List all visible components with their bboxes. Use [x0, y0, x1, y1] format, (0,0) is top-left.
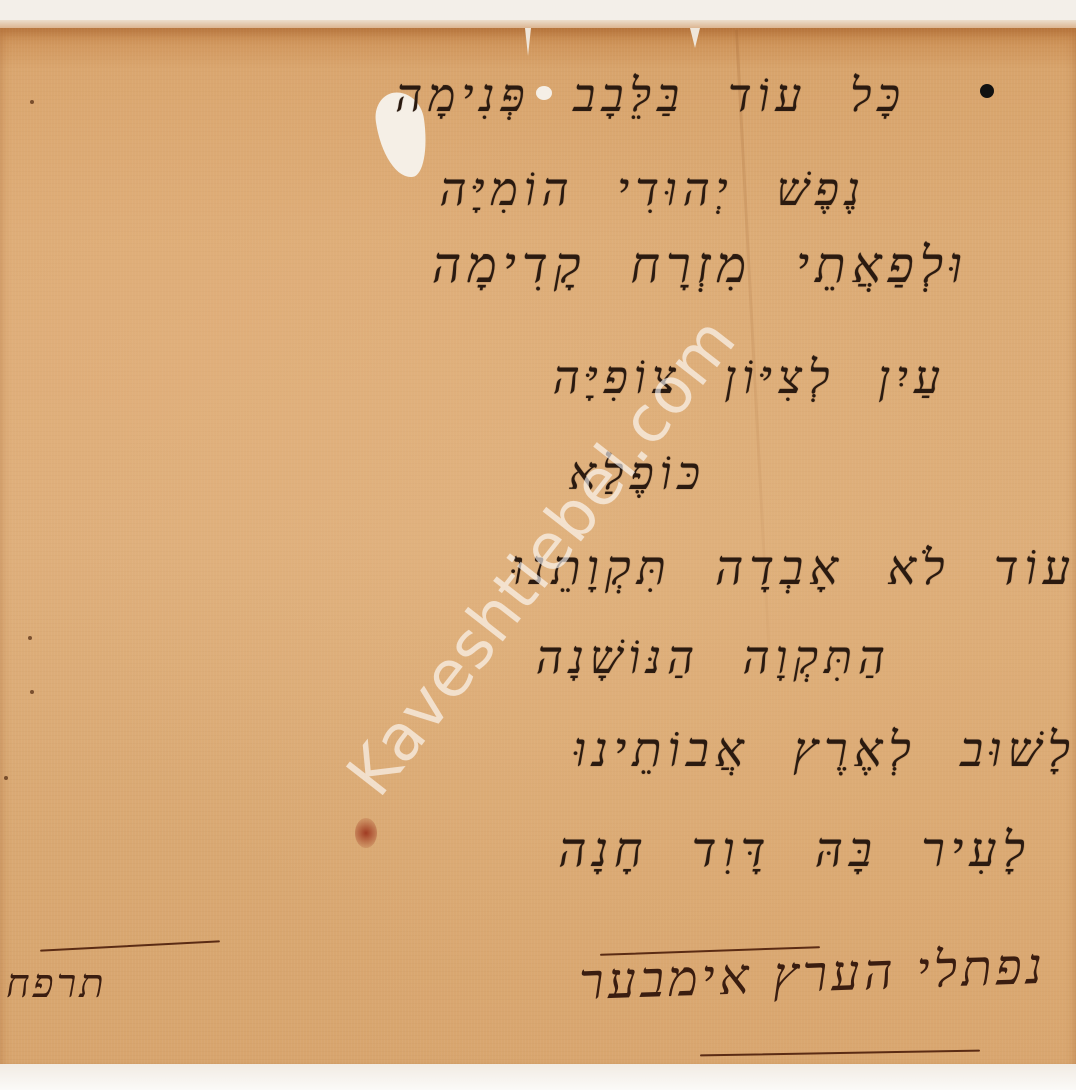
manuscript-line-9: לָעִיר בָּהּ דָּוִד חָנָה	[558, 822, 1031, 878]
ink-speck	[30, 690, 34, 694]
manuscript-line-2: נֶפֶשׁ יְהוּדִי הוֹמִיָּה	[440, 162, 866, 216]
manuscript-line-1: כָּל עוֹד בַּלֵּבָב פְּנִימָה	[395, 68, 906, 122]
ink-speck	[30, 100, 34, 104]
document-photo: כָּל עוֹד בַּלֵּבָב פְּנִימָה נֶפֶשׁ יְה…	[0, 0, 1076, 1090]
manuscript-line-7: הַתִּקְוָה הַנּוֹשָׁנָה	[536, 630, 891, 684]
black-dot-marker	[980, 84, 994, 98]
ink-speck	[28, 636, 32, 640]
ink-speck	[4, 776, 8, 780]
manuscript-line-4: עַיִן לְצִיּוֹן צוֹפִיָּה	[553, 350, 946, 404]
signature-year: תרפח	[6, 960, 107, 1007]
manuscript-line-6: עוֹד לֹא אָבְדָה תִּקְוָתֵנוּ	[512, 540, 1076, 596]
manuscript-line-3: וּלְפַאֲתֵי מִזְרָח קָדִימָה	[432, 236, 968, 294]
photo-bottom-margin	[0, 1064, 1076, 1090]
manuscript-line-8: לָשׁוּב לְאֶרֶץ אֲבוֹתֵינוּ	[574, 722, 1076, 778]
red-ink-stain	[355, 818, 377, 848]
manuscript-line-5: כּוֹפֶלַא	[569, 446, 706, 500]
